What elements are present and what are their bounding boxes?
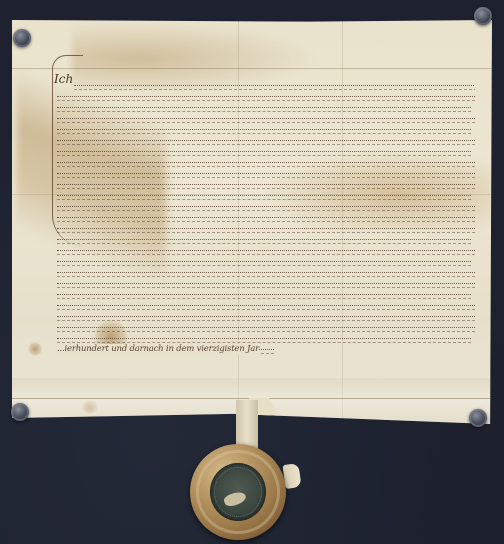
manuscript-line <box>57 135 475 146</box>
manuscript-line <box>57 289 475 300</box>
handwriting-stroke <box>57 173 475 178</box>
handwriting-stroke <box>57 239 471 244</box>
handwriting-stroke <box>57 316 475 321</box>
handwriting-stroke <box>57 272 475 277</box>
handwriting-stroke <box>57 283 475 288</box>
handwriting-stroke <box>57 162 475 167</box>
handwriting-stroke <box>57 151 471 156</box>
seal-impression <box>210 463 266 521</box>
handwriting-stroke <box>57 184 475 189</box>
manuscript-line <box>57 267 475 278</box>
handwriting-stroke <box>57 217 475 222</box>
mounting-pin-top-right <box>474 7 492 25</box>
charter-text-block: ...ierhundert und darnach in dem vierzig… <box>57 80 475 355</box>
manuscript-line <box>57 168 475 179</box>
fold-line-horizontal <box>12 68 492 69</box>
manuscript-line <box>57 146 475 157</box>
manuscript-line <box>57 124 475 135</box>
stain-spot-margin <box>28 342 42 356</box>
handwriting-stroke <box>57 195 471 200</box>
manuscript-line <box>57 212 475 223</box>
manuscript-line <box>57 256 475 267</box>
manuscript-line <box>57 245 475 256</box>
manuscript-line <box>57 102 475 113</box>
handwriting-stroke <box>57 129 471 134</box>
manuscript-line <box>57 157 475 168</box>
handwriting-stroke <box>57 118 475 123</box>
closing-date-clause: ...ierhundert und darnach in dem vierzig… <box>57 344 259 355</box>
handwriting-stroke <box>57 140 475 145</box>
manuscript-line <box>57 300 475 311</box>
handwriting-stroke <box>57 96 475 101</box>
handwriting-stroke <box>57 261 471 266</box>
manuscript-line <box>57 80 475 91</box>
manuscript-line <box>57 311 475 322</box>
manuscript-line: ...ierhundert und darnach in dem vierzig… <box>57 344 475 355</box>
mounting-pin-top-left <box>13 29 31 47</box>
manuscript-line <box>57 190 475 201</box>
parchment-charter: Ich ...ierhundert und darnach in dem vie… <box>12 20 492 424</box>
manuscript-line <box>57 278 475 289</box>
manuscript-line <box>57 333 475 344</box>
manuscript-line <box>57 113 475 124</box>
handwriting-stroke <box>57 305 475 310</box>
handwriting-stroke <box>57 107 471 112</box>
handwriting-stroke <box>57 327 475 332</box>
handwriting-stroke <box>57 250 475 255</box>
handwriting-stroke <box>74 85 475 90</box>
manuscript-line <box>57 91 475 102</box>
wax-seal <box>190 444 286 540</box>
mounting-pin-bottom-right <box>469 409 487 427</box>
manuscript-line <box>57 234 475 245</box>
manuscript-line <box>57 201 475 212</box>
handwriting-stroke <box>57 206 475 211</box>
manuscript-line <box>57 223 475 234</box>
handwriting-stroke <box>57 228 475 233</box>
handwriting-stroke <box>57 338 471 343</box>
manuscript-line <box>57 179 475 190</box>
handwriting-stroke <box>57 294 471 299</box>
mounting-pin-bottom-left <box>11 403 29 421</box>
manuscript-line <box>57 322 475 333</box>
